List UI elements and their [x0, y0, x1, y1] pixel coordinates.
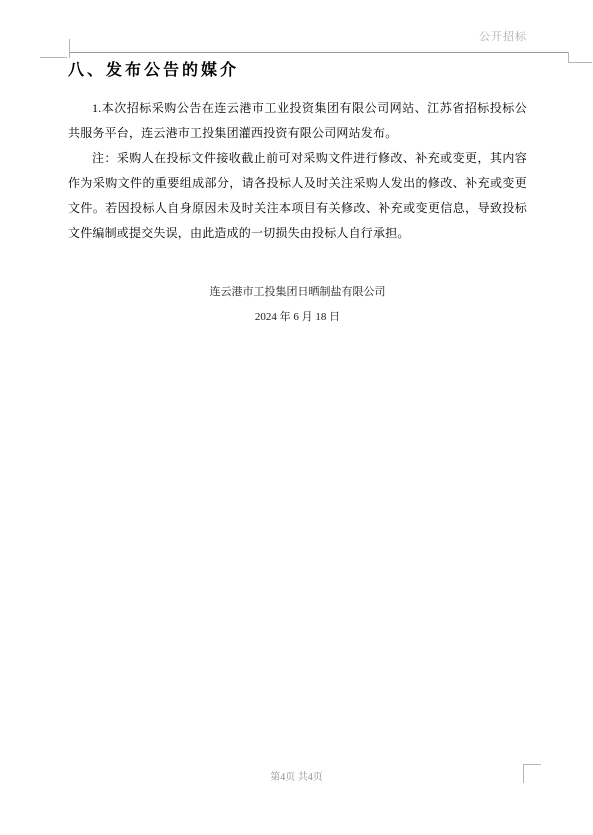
section-heading: 八、发布公告的媒介 — [68, 61, 527, 81]
footer-boundary-mark-horizontal — [523, 764, 541, 765]
paragraph-announcement-media: 1.本次招标采购公告在连云港市工业投资集团有限公司网站、江苏省招标投标公共服务平… — [68, 96, 527, 146]
page-number-indicator: 第4页 共4页 — [0, 771, 593, 784]
signature-date: 2024 年 6 月 18 日 — [68, 305, 527, 330]
document-body: 八、发布公告的媒介 1.本次招标采购公告在连云港市工业投资集团有限公司网站、江苏… — [68, 61, 527, 330]
page-header-label: 公开招标 — [0, 31, 527, 44]
header-rule-line — [69, 52, 568, 53]
header-boundary-mark-left-horizontal — [40, 57, 67, 58]
signature-company: 连云港市工投集团日晒制盐有限公司 — [68, 280, 527, 305]
signature-block: 连云港市工投集团日晒制盐有限公司 2024 年 6 月 18 日 — [68, 280, 527, 330]
paragraph-note: 注：采购人在投标文件接收截止前可对采购文件进行修改、补充或变更，其内容作为采购文… — [68, 146, 527, 246]
document-page: 公开招标 八、发布公告的媒介 1.本次招标采购公告在连云港市工业投资集团有限公司… — [0, 0, 593, 835]
header-boundary-mark-right-horizontal — [569, 62, 592, 63]
header-boundary-mark-left-vertical — [69, 39, 70, 58]
